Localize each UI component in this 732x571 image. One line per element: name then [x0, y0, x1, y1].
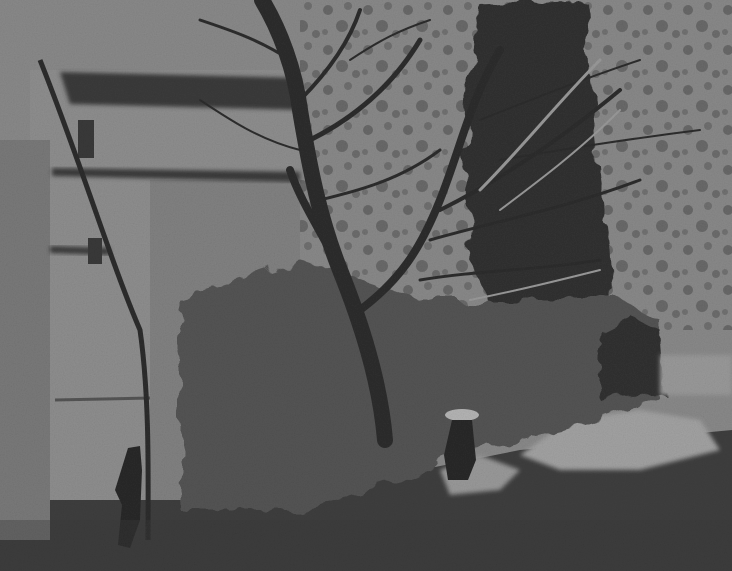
house-roof	[60, 72, 305, 110]
distant-trees	[600, 315, 665, 400]
house-window-upper	[78, 120, 94, 158]
house-door	[88, 238, 102, 264]
painting-scene	[0, 0, 732, 571]
vignette-bottom	[0, 520, 732, 571]
horizon-line	[55, 398, 150, 400]
distant-buildings	[660, 355, 732, 395]
